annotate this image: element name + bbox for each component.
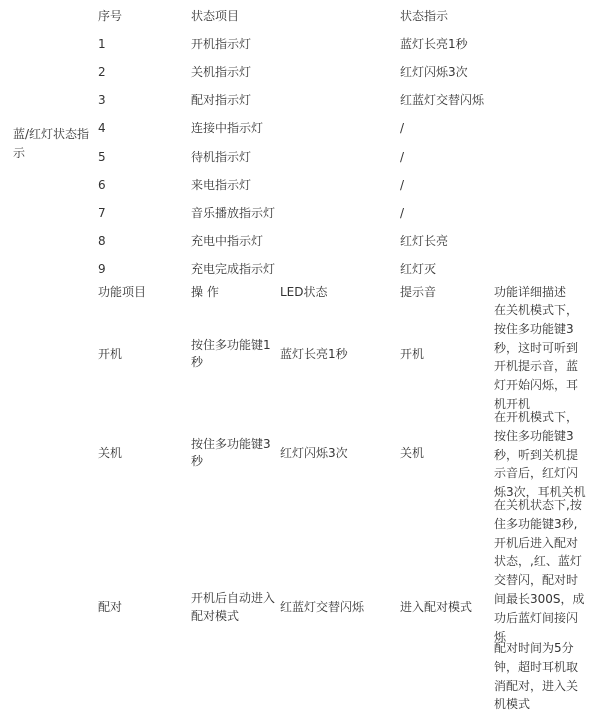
row-indicator: / [400, 150, 404, 164]
function-name: 配对 [98, 600, 122, 614]
led-state: 蓝灯长亮1秒 [280, 347, 348, 361]
row-item: 关机指示灯 [191, 65, 251, 79]
row-index: 4 [98, 121, 106, 135]
row-index: 2 [98, 65, 106, 79]
operation-line1: 按住多功能键1 [191, 338, 271, 352]
row-indicator: 蓝灯长亮1秒 [400, 37, 468, 51]
row-index: 9 [98, 262, 106, 276]
operation-line2: 秒 [191, 454, 203, 468]
row-indicator: / [400, 121, 404, 135]
function-detail: 在开机模式下，按住多功能键3秒，听到关机提示音后，红灯闪烁3次，耳机关机 [494, 408, 586, 502]
operation-line2: 秒 [191, 355, 203, 369]
function-name: 开机 [98, 347, 122, 361]
header-status-indicator: 状态指示 [400, 9, 448, 23]
group-label: 蓝/红灯状态指示 [13, 125, 93, 163]
row-item: 配对指示灯 [191, 93, 251, 107]
operation-line2: 配对模式 [191, 609, 239, 623]
row-item: 连接中指示灯 [191, 121, 263, 135]
row-item: 来电指示灯 [191, 178, 251, 192]
row-index: 7 [98, 206, 106, 220]
row-indicator: 红灯闪烁3次 [400, 65, 468, 79]
function-detail-extra: 配对时间为5分钟，超时耳机取消配对，进入关机模式 [494, 639, 586, 714]
operation-line1: 按住多功能键3 [191, 437, 271, 451]
row-index: 5 [98, 150, 106, 164]
row-item: 充电中指示灯 [191, 234, 263, 248]
row-index: 8 [98, 234, 106, 248]
row-index: 6 [98, 178, 106, 192]
row-index: 1 [98, 37, 106, 51]
header-index: 序号 [98, 9, 122, 23]
header-status-item: 状态项目 [191, 9, 239, 23]
header-led-state: LED状态 [280, 285, 328, 299]
row-indicator: 红灯灭 [400, 262, 436, 276]
tone: 进入配对模式 [400, 600, 472, 614]
function-detail: 在关机模式下，按住多功能键3秒，这时可听到开机提示音，蓝灯开始闪烁，耳机开机 [494, 301, 586, 414]
led-state: 红蓝灯交替闪烁 [280, 600, 364, 614]
row-indicator: 红蓝灯交替闪烁 [400, 93, 484, 107]
operation-line1: 开机后自动进入 [191, 591, 275, 605]
row-item: 充电完成指示灯 [191, 262, 275, 276]
row-index: 3 [98, 93, 106, 107]
header-detail: 功能详细描述 [494, 285, 566, 299]
function-name: 关机 [98, 446, 122, 460]
header-function: 功能项目 [98, 285, 146, 299]
tone: 开机 [400, 347, 424, 361]
header-operation: 操 作 [191, 285, 219, 299]
row-item: 待机指示灯 [191, 150, 251, 164]
row-item: 开机指示灯 [191, 37, 251, 51]
function-detail: 在关机状态下,按住多功能键3秒,开机后进入配对状态，,红、蓝灯交替闪，配对时间最… [494, 496, 586, 646]
row-indicator: / [400, 206, 404, 220]
row-item: 音乐播放指示灯 [191, 206, 275, 220]
header-tone: 提示音 [400, 285, 436, 299]
tone: 关机 [400, 446, 424, 460]
led-state: 红灯闪烁3次 [280, 446, 348, 460]
row-indicator: / [400, 178, 404, 192]
row-indicator: 红灯长亮 [400, 234, 448, 248]
